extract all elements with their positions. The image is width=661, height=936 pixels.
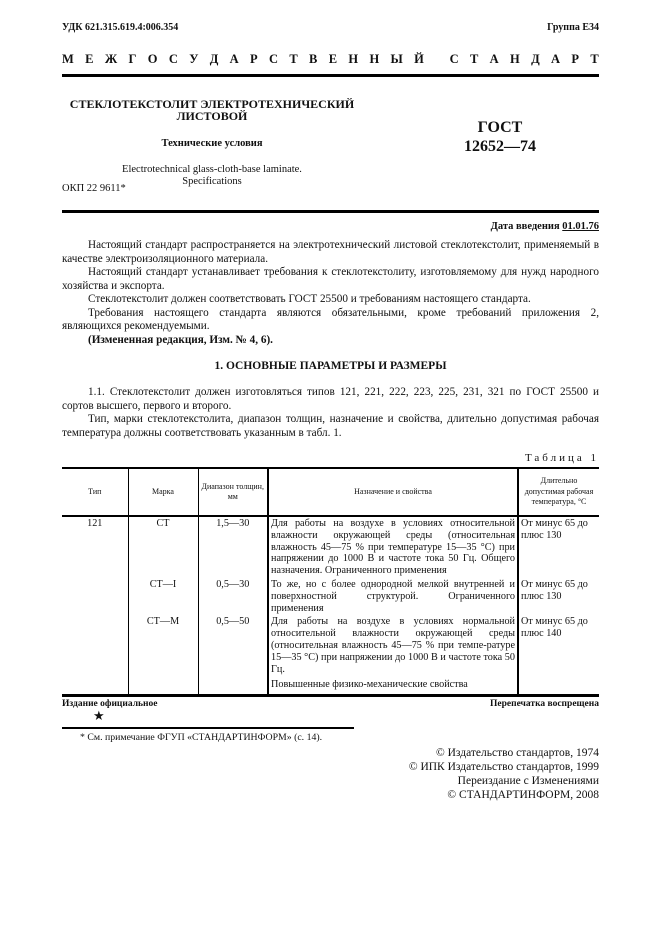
banner-letter: Н xyxy=(348,52,358,67)
cell-temperature: От минус 65 до плюс 130 xyxy=(518,578,599,615)
properties-table: Тип Марка Диапазон толщин, мм Назначение… xyxy=(62,467,599,697)
section-paragraph: 1.1. Стеклотекстолит должен изготовлятьс… xyxy=(62,386,599,413)
cell-grade: СТ—М xyxy=(128,615,198,697)
okp-code: ОКП 22 9611* xyxy=(62,183,126,194)
title-rule xyxy=(62,210,599,213)
intro-paragraph: Настоящий стандарт распространяется на э… xyxy=(62,239,599,266)
footnote: * См. примечание ФГУП «СТАНДАРТИНФОРМ» (… xyxy=(80,732,322,743)
banner-letter: У xyxy=(189,52,198,67)
copyright-line: Переиздание с Изменениями xyxy=(409,774,599,788)
cell-temperature: От минус 65 до плюс 130 xyxy=(518,516,599,578)
table-row: СТ—I0,5—30То же, но с более однородной м… xyxy=(62,578,599,615)
intro-paragraph: Стеклотекстолит должен соответствовать Г… xyxy=(62,293,599,307)
section-heading: 1. ОСНОВНЫЕ ПАРАМЕТРЫ И РАЗМЕРЫ xyxy=(62,360,599,372)
banner-letter: Р xyxy=(250,52,258,67)
udk-code: УДК 621.315.619.4:006.354 xyxy=(62,22,178,33)
cell-type xyxy=(62,578,128,615)
cell-temperature: От минус 65 до плюс 140 xyxy=(518,615,599,697)
banner-letter: С xyxy=(269,52,278,67)
banner-letter: Н xyxy=(510,52,520,67)
official-edition: Издание официальное xyxy=(62,699,158,709)
header-temperature: Длительно допустимая рабочая температура… xyxy=(518,468,599,516)
intro-paragraph: Настоящий стандарт устанавливает требова… xyxy=(62,266,599,293)
banner-letter: С xyxy=(169,52,178,67)
table-row: 121СТ1,5—30Для работы на воздухе в услов… xyxy=(62,516,599,578)
banner-letter: Т xyxy=(590,52,598,67)
banner-letter: Д xyxy=(531,52,540,67)
title-line-2: ЛИСТОВОЙ xyxy=(62,110,362,122)
document-subtitle: Технические условия xyxy=(62,138,362,149)
interstate-standard-banner: МЕЖГОСУДАРСТВЕННЫЙ СТАНДАРТ xyxy=(62,52,599,67)
cell-grade: СТ xyxy=(128,516,198,578)
table-bottom-rule xyxy=(62,694,599,697)
banner-letter: С xyxy=(450,52,459,67)
header-purpose: Назначение и свойства xyxy=(268,468,518,516)
table-caption: Таблица 1 xyxy=(525,452,599,464)
copyright-line: © Издательство стандартов, 1974 xyxy=(409,746,599,760)
amendment-note: (Измененная редакция, Изм. № 4, 6). xyxy=(62,334,599,348)
banner-letter: Т xyxy=(289,52,297,67)
cell-grade: СТ—I xyxy=(128,578,198,615)
banner-letter: А xyxy=(490,52,499,67)
copyright-block: © Издательство стандартов, 1974 © ИПК Из… xyxy=(409,746,599,802)
copyright-line: © СТАНДАРТИНФОРМ, 2008 xyxy=(409,788,599,802)
group-code: Группа Е34 xyxy=(547,22,599,33)
star-icon: ★ xyxy=(93,708,105,724)
banner-letter: В xyxy=(309,52,317,67)
banner-letter: О xyxy=(148,52,158,67)
section-paragraph: Тип, марки стеклотекстолита, диапазон то… xyxy=(62,413,599,440)
gost-designation: ГОСТ 12652—74 xyxy=(430,118,570,156)
intro-text: Настоящий стандарт распространяется на э… xyxy=(62,239,599,347)
banner-letter: Д xyxy=(210,52,219,67)
gost-number: 12652—74 xyxy=(430,137,570,156)
effective-date: Дата введения 01.01.76 xyxy=(491,221,599,232)
banner-letter: Т xyxy=(470,52,478,67)
header-thickness-range: Диапазон толщин, мм xyxy=(198,468,268,516)
banner-letter: Ы xyxy=(391,52,403,67)
table-row: СТ—М0,5—50Для работы на воздухе в услови… xyxy=(62,615,599,697)
gost-label: ГОСТ xyxy=(430,118,570,137)
banner-letter: Е xyxy=(85,52,93,67)
cell-purpose: Для работы на воздухе в условиях нормаль… xyxy=(268,615,518,697)
cell-thickness-range: 1,5—30 xyxy=(198,516,268,578)
effective-date-label: Дата введения xyxy=(491,221,560,232)
banner-letter: Г xyxy=(129,52,137,67)
banner-letter xyxy=(435,52,438,67)
header-rule xyxy=(62,74,599,77)
banner-letter: А xyxy=(230,52,239,67)
cell-purpose: То же, но с более однородной мелкой внут… xyxy=(268,578,518,615)
banner-letter: М xyxy=(62,52,74,67)
cell-type xyxy=(62,615,128,697)
cell-thickness-range: 0,5—30 xyxy=(198,578,268,615)
cell-purpose: Для работы на воздухе в условиях относит… xyxy=(268,516,518,578)
header-type: Тип xyxy=(62,468,128,516)
cell-thickness-range: 0,5—50 xyxy=(198,615,268,697)
copyright-line: © ИПК Издательство стандартов, 1999 xyxy=(409,760,599,774)
footnote-rule xyxy=(62,727,354,729)
english-title-line-1: Electrotechnical glass-cloth-base lamina… xyxy=(62,164,362,176)
table-header-row: Тип Марка Диапазон толщин, мм Назначение… xyxy=(62,468,599,516)
banner-letter: Р xyxy=(571,52,579,67)
section-text: 1.1. Стеклотекстолит должен изготовлятьс… xyxy=(62,386,599,440)
intro-paragraph: Требования настоящего стандарта являются… xyxy=(62,307,599,334)
banner-letter: А xyxy=(551,52,560,67)
reprint-prohibited: Перепечатка воспрещена xyxy=(490,699,599,709)
header-grade: Марка xyxy=(128,468,198,516)
banner-letter: Й xyxy=(414,52,424,67)
effective-date-value: 01.01.76 xyxy=(562,221,599,232)
cell-type: 121 xyxy=(62,516,128,578)
banner-letter: Ж xyxy=(105,52,117,67)
cell-purpose-extra: Повышенные физико-механические свойства xyxy=(271,679,515,691)
banner-letter: Е xyxy=(329,52,337,67)
document-title: СТЕКЛОТЕКСТОЛИТ ЭЛЕКТРОТЕХНИЧЕСКИЙ ЛИСТО… xyxy=(62,98,362,122)
banner-letter: Н xyxy=(369,52,379,67)
